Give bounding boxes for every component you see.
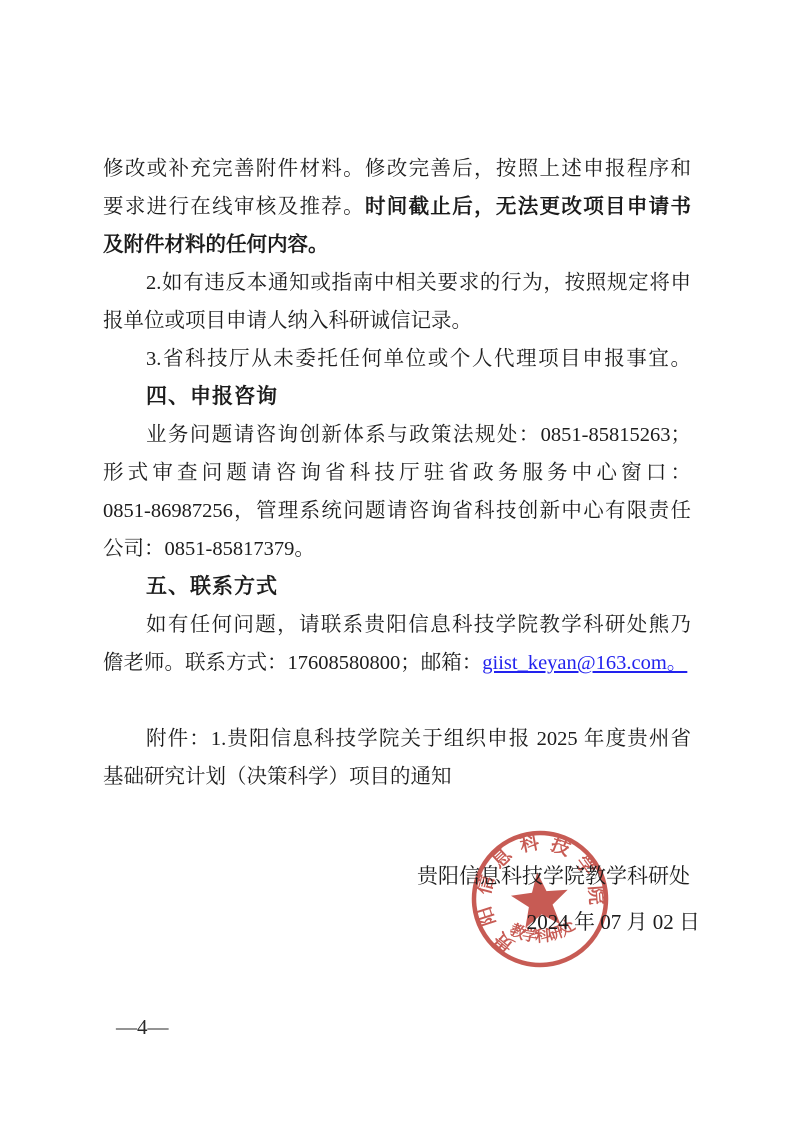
blank-line — [103, 682, 691, 720]
attachment-line: 基础研究计划（决策科学）项目的通知 — [103, 758, 691, 796]
body-line: 要求进行在线审核及推荐。时间截止后，无法更改项目申请书 — [103, 188, 691, 226]
body-line: 如有任何问题，请联系贵阳信息科技学院教学科研处熊乃 — [103, 606, 691, 644]
body-text: 儋老师。联系方式：17608580800；邮箱： — [103, 652, 482, 674]
body-line: 公司：0851-85817379。 — [103, 530, 691, 568]
official-seal: 贵阳信息科技学院 教学科研处 — [467, 826, 613, 972]
section-heading-contact: 五、联系方式 — [103, 568, 691, 606]
body-line: 修改或补充完善附件材料。修改完善后，按照上述申报程序和 — [103, 150, 691, 188]
signature-org: 贵阳信息科技学院教学科研处 — [417, 860, 690, 892]
body-line: 2.如有违反本通知或指南中相关要求的行为，按照规定将申 — [103, 264, 691, 302]
signature-date: 2024 年 07 月 02 日 — [527, 906, 700, 938]
body-text: 要求进行在线审核及推荐。 — [103, 196, 365, 218]
attachment-line: 附件：1.贵阳信息科技学院关于组织申报 2025 年度贵州省 — [103, 720, 691, 758]
body-line: 业务问题请咨询创新体系与政策法规处：0851-85815263； — [103, 416, 691, 454]
document-body: 修改或补充完善附件材料。修改完善后，按照上述申报程序和 要求进行在线审核及推荐。… — [103, 150, 691, 796]
body-line: 形式审查问题请咨询省科技厅驻省政务服务中心窗口： — [103, 454, 691, 492]
section-heading-application-consult: 四、申报咨询 — [103, 378, 691, 416]
body-line: 及附件材料的任何内容。 — [103, 226, 691, 264]
document-page: 修改或补充完善附件材料。修改完善后，按照上述申报程序和 要求进行在线审核及推荐。… — [0, 0, 793, 1122]
body-line: 3.省科技厅从未委托任何单位或个人代理项目申报事宜。 — [103, 340, 691, 378]
body-line: 儋老师。联系方式：17608580800；邮箱：giist_keyan@163.… — [103, 644, 691, 682]
body-text-bold: 时间截止后，无法更改项目申请书 — [365, 196, 691, 218]
body-line: 0851-86987256，管理系统问题请咨询省科技创新中心有限责任 — [103, 492, 691, 530]
email-link[interactable]: giist_keyan@163.com。 — [482, 652, 687, 674]
body-line: 报单位或项目申请人纳入科研诚信记录。 — [103, 302, 691, 340]
page-number: —4— — [116, 1012, 169, 1042]
